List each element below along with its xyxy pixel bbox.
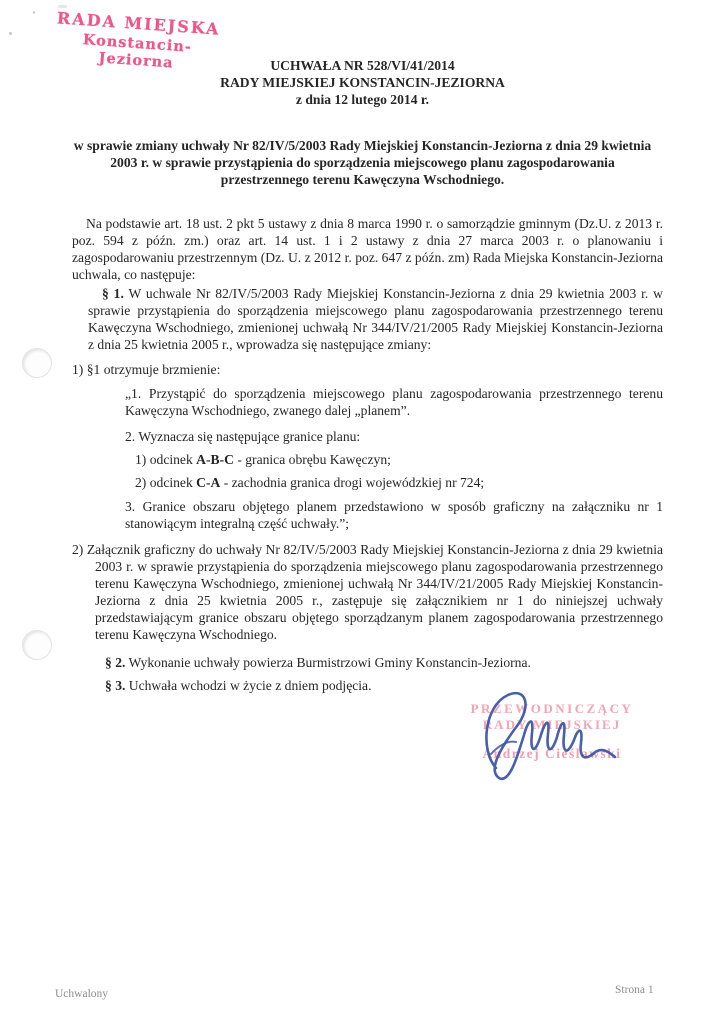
- section-1-paragraph: § 1. W uchwale Nr 82/IV/5/2003 Rady Miej…: [88, 285, 663, 353]
- section-2-paragraph: § 2. Wykonanie uchwały powierza Burmistr…: [105, 654, 663, 671]
- change-item-2: 2) Załącznik graficzny do uchwały Nr 82/…: [72, 541, 663, 643]
- segment-1-description: - granica obrębu Kawęczyn;: [234, 452, 391, 467]
- footer-status: Uchwalony: [55, 988, 108, 1000]
- document-page: RADA MIEJSKA Konstancin-Jeziorna UCHWAŁA…: [0, 0, 725, 1024]
- quoted-point-1: „1. Przystąpić do sporządzenia miejscowe…: [125, 385, 663, 419]
- segment-2-prefix: 2) odcinek: [135, 475, 196, 490]
- segment-1-code: A-B-C: [196, 452, 234, 467]
- hole-punch-bottom: [22, 630, 52, 660]
- footer-page-number: Strona 1: [615, 984, 654, 996]
- section-2-label: § 2.: [105, 655, 125, 670]
- quoted-point-2: 2. Wyznacza się następujące granice plan…: [125, 428, 663, 445]
- quoted-provisions: „1. Przystąpić do sporządzenia miejscowe…: [125, 385, 663, 532]
- boundary-segment-2: 2) odcinek C-A - zachodnia granica drogi…: [135, 474, 663, 491]
- section-1-label: § 1.: [102, 286, 124, 301]
- section-3-label: § 3.: [105, 678, 125, 693]
- section-3-text: Uchwała wchodzi w życie z dniem podjęcia…: [125, 678, 371, 693]
- scan-speck: [9, 32, 12, 35]
- segment-2-code: C-A: [196, 475, 220, 490]
- issuing-body: RADY MIEJSKIEJ KONSTANCIN-JEZIORNA: [0, 74, 725, 91]
- segment-1-prefix: 1) odcinek: [135, 452, 196, 467]
- boundary-segment-1: 1) odcinek A-B-C - granica obrębu Kawęcz…: [135, 451, 663, 468]
- resolution-subject: w sprawie zmiany uchwały Nr 82/IV/5/2003…: [72, 137, 654, 188]
- hole-punch-top: [22, 348, 52, 378]
- quoted-point-3: 3. Granice obszaru objętego planem przed…: [125, 498, 663, 532]
- handwritten-signature: [466, 688, 636, 788]
- legal-basis-paragraph: Na podstawie art. 18 ust. 2 pkt 5 ustawy…: [72, 215, 663, 283]
- document-body: Na podstawie art. 18 ust. 2 pkt 5 ustawy…: [72, 215, 663, 694]
- scan-speck: [33, 11, 35, 14]
- segment-2-description: - zachodnia granica drogi wojewódzkiej n…: [220, 475, 484, 490]
- change-item-1: 1) §1 otrzymuje brzmienie:: [72, 361, 663, 378]
- section-1-text: W uchwale Nr 82/IV/5/2003 Rady Miejskiej…: [88, 286, 663, 352]
- section-2-text: Wykonanie uchwały powierza Burmistrzowi …: [125, 655, 531, 670]
- resolution-date: z dnia 12 lutego 2014 r.: [0, 91, 725, 108]
